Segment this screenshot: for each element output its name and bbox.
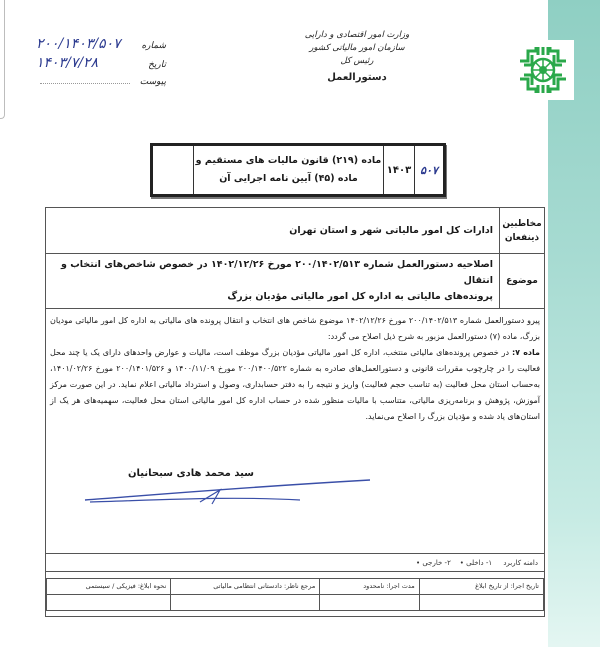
subject-value-line-2: پرونده‌های مالیاتی به اداره کل امور مالی…	[52, 289, 493, 305]
recipients-value: ادارات کل امور مالیاتی شهر و استان تهران	[46, 208, 500, 254]
office-title: رئیس کل	[282, 55, 432, 68]
blank-cell	[47, 594, 171, 610]
letter-number: ۲۰۰/۱۴۰۳/۵۰۷	[36, 36, 121, 53]
signature-icon	[80, 478, 380, 508]
subject-line-1: ماده (۲۱۹) قانون مالیات های مستقیم و	[194, 152, 383, 170]
empty-cell	[152, 145, 194, 196]
subject-value-line-1: اصلاحیه دستورالعمل شماره ۲۰۰/۱۴۰۲/۵۱۳ مو…	[52, 257, 493, 289]
subject-line-2: ماده (۴۵) آیین نامه اجرایی آن	[194, 170, 383, 188]
number-label: شماره	[141, 38, 166, 55]
page-edge-frame	[0, 0, 5, 119]
article-text: در خصوص پرونده‌های مالیاتی منتخب، اداره …	[50, 348, 540, 421]
footer-cell: تاریخ اجرا: از تاریخ ابلاغ مدت اجرا: نام…	[46, 572, 545, 617]
attachment-line	[40, 75, 130, 84]
blank-cell	[419, 594, 543, 610]
document-type-title: دستورالعمل	[282, 71, 432, 84]
instruction-subject: ماده (۲۱۹) قانون مالیات های مستقیم و ماد…	[194, 145, 384, 196]
recipients-label-1: مخاطبین	[501, 217, 543, 231]
ministry-name: وزارت امور اقتصادی و دارایی	[282, 29, 432, 42]
instruction-text: پیرو دستورالعمل شماره ۲۰۰/۱۴۰۲/۵۱۳ مورخ …	[46, 309, 545, 554]
supervising-reference: مرجع ناظر: دادستانی انتظامی مالیاتی	[171, 578, 320, 594]
letter-reference-block: شماره ۲۰۰/۱۴۰۳/۵۰۷ تاریخ ۱۴۰۳/۷/۲۸ پیوست	[36, 36, 166, 91]
instruction-meta-box: ۵۰۷ ۱۴۰۳ ماده (۲۱۹) قانون مالیات های مست…	[150, 143, 446, 197]
article-label: ماده ۷:	[512, 348, 540, 357]
article-7-paragraph: ماده ۷: در خصوص پرونده‌های مالیاتی منتخب…	[50, 345, 540, 425]
effective-date: تاریخ اجرا: از تاریخ ابلاغ	[419, 578, 543, 594]
subject-value: اصلاحیه دستورالعمل شماره ۲۰۰/۱۴۰۲/۵۱۳ مو…	[46, 254, 500, 309]
letter-date: ۱۴۰۳/۷/۲۸	[36, 55, 98, 72]
date-label: تاریخ	[148, 57, 166, 74]
duration: مدت اجرا: نامحدود	[320, 578, 419, 594]
instruction-number: ۵۰۷	[415, 145, 445, 196]
scope-external: ۲- خارجی	[422, 559, 451, 567]
letterhead: وزارت امور اقتصادی و دارایی سازمان امور …	[282, 29, 432, 84]
execution-info-table: تاریخ اجرا: از تاریخ ابلاغ مدت اجرا: نام…	[46, 578, 544, 611]
blank-cell	[171, 594, 320, 610]
scope-row: دامنه کاربرد ۱- داخلی • ۲- خارجی •	[46, 554, 545, 572]
scope-internal: ۱- داخلی	[466, 559, 492, 567]
recipients-label: مخاطبین ذینفعان	[500, 208, 545, 254]
notification-method: نحوه ابلاغ: فیزیکی / سیستمی	[47, 578, 171, 594]
attachment-label: پیوست	[140, 74, 166, 91]
tax-organization-logo	[512, 40, 574, 100]
instruction-body-table: مخاطبین ذینفعان ادارات کل امور مالیاتی ش…	[45, 207, 545, 617]
organization-name: سازمان امور مالیاتی کشور	[282, 42, 432, 55]
recipients-label-2: ذینفعان	[501, 231, 543, 245]
scope-label: دامنه کاربرد	[503, 559, 538, 567]
blank-cell	[320, 594, 419, 610]
instruction-year: ۱۴۰۳	[384, 145, 415, 196]
subject-label: موضوع	[500, 254, 545, 309]
logo-emblem-icon	[516, 43, 570, 97]
intro-paragraph: پیرو دستورالعمل شماره ۲۰۰/۱۴۰۲/۵۱۳ مورخ …	[50, 313, 540, 345]
